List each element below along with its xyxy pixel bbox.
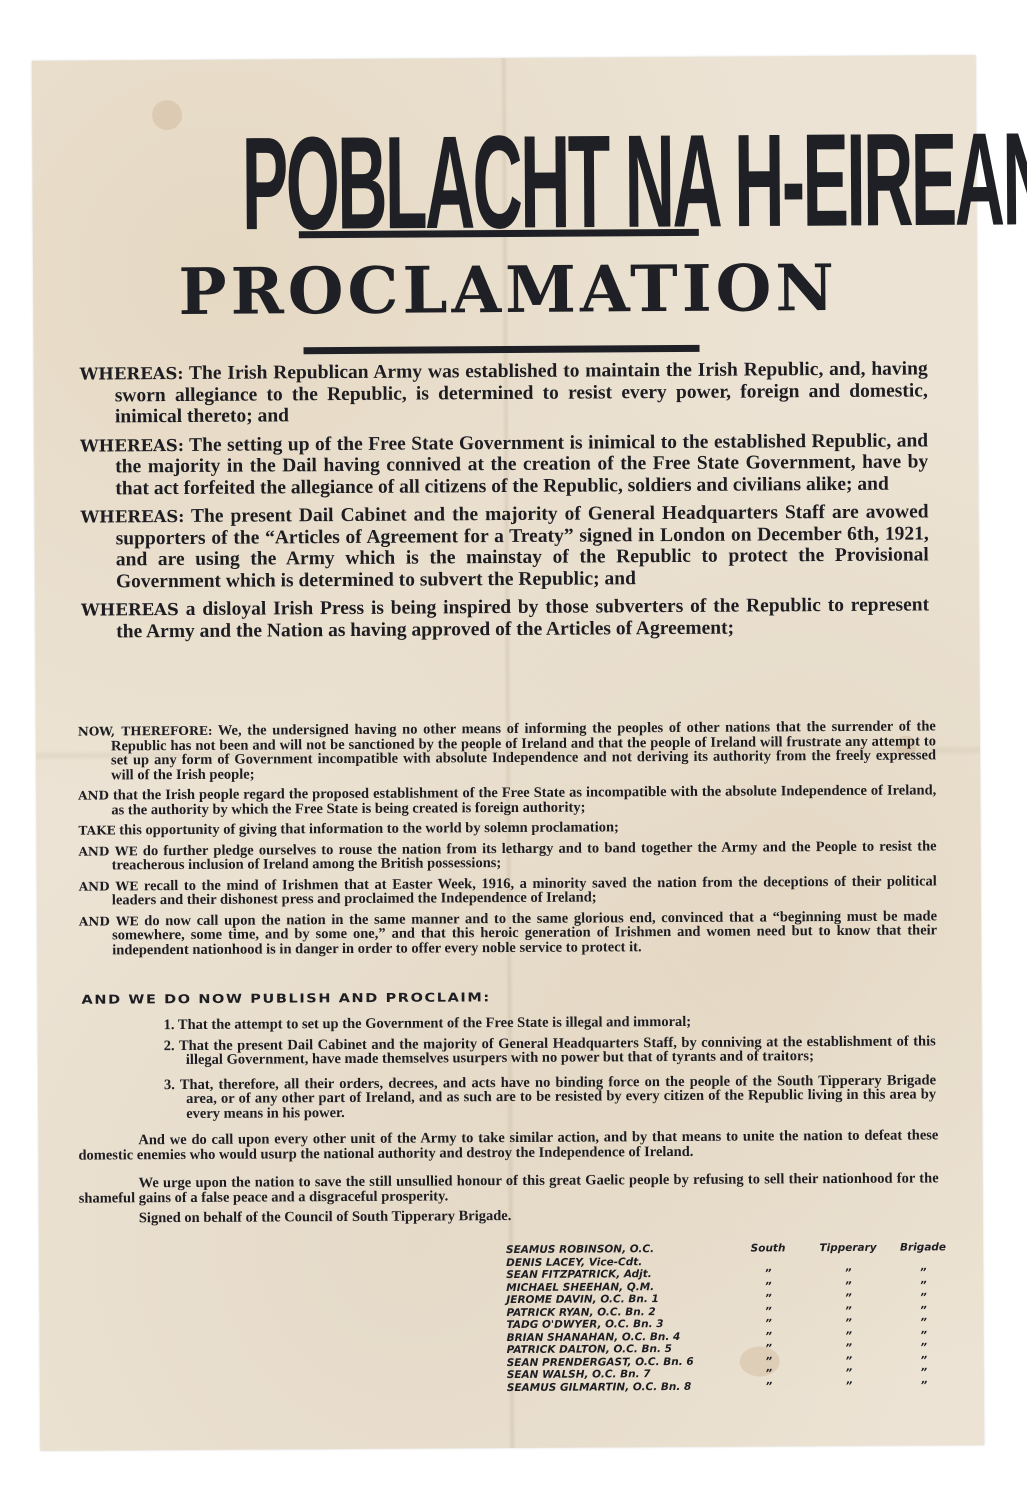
signatory-unit-col1	[728, 1255, 808, 1268]
resolution-keyword: AND WE	[79, 879, 139, 893]
closing-paragraph: We urge upon the nation to save the stil…	[79, 1171, 939, 1205]
signatory-unit-col2: ”	[808, 1267, 888, 1280]
signatory-unit-col2: ”	[808, 1317, 888, 1330]
whereas-clause: WHEREAS a disloyal Irish Press is being …	[81, 594, 929, 642]
closing-paragraph: And we do call upon every other unit of …	[78, 1128, 938, 1162]
signatory-unit-col2: ”	[808, 1304, 888, 1317]
signatory-unit-col2: ”	[809, 1354, 889, 1367]
signatory-row: SEAMUS GILMARTIN, O.C. Bn. 8 ” ” ”	[507, 1379, 967, 1394]
signatory-unit-col1: ”	[728, 1267, 808, 1280]
proclaim-heading: AND WE DO NOW PUBLISH AND PROCLAIM:	[81, 991, 490, 1007]
resolution-text: that the Irish people regard the propose…	[111, 782, 936, 818]
proclaim-item: 1. That the attempt to set up the Govern…	[138, 1013, 936, 1032]
proclaim-item: 2. That the present Dail Cabinet and the…	[138, 1034, 936, 1068]
signatory-unit-col1: ”	[729, 1380, 809, 1393]
signatory-unit-col3: ”	[888, 1266, 958, 1279]
signatory-unit-col3: ”	[889, 1329, 959, 1342]
whereas-clause: WHEREAS: The Irish Republican Army was e…	[80, 358, 928, 428]
item-number: 1.	[164, 1017, 175, 1033]
signatory-unit-col1: ”	[728, 1317, 808, 1330]
resolutions-section: NOW, THEREFORE: We, the undersigned havi…	[78, 719, 937, 957]
signatory-unit-col2	[808, 1254, 888, 1267]
whereas-keyword: WHEREAS:	[80, 507, 184, 527]
resolution-keyword: AND WE	[79, 914, 139, 928]
whereas-keyword: WHEREAS:	[80, 435, 184, 455]
signatory-name: SEAMUS GILMARTIN, O.C. Bn. 8	[507, 1380, 729, 1394]
resolution-paragraph: AND that the Irish people regard the pro…	[78, 783, 936, 817]
resolution-keyword: AND WE	[79, 844, 138, 858]
whereas-text: The Irish Republican Army was establishe…	[115, 358, 928, 427]
whereas-clause: WHEREAS: The setting up of the Free Stat…	[80, 430, 928, 500]
signatory-unit-col3: ”	[888, 1304, 958, 1317]
proclaim-item: 3. That, therefore, all their orders, de…	[138, 1073, 936, 1121]
resolution-keyword: AND	[78, 788, 109, 802]
resolution-keyword: NOW, THEREFORE:	[78, 724, 213, 739]
whereas-section: WHEREAS: The Irish Republican Army was e…	[80, 358, 930, 642]
signatory-unit-col3: ”	[889, 1366, 959, 1379]
signatory-unit-col1: ”	[728, 1292, 808, 1305]
signatory-unit-col1: ”	[729, 1330, 809, 1343]
signatories-list: SEAMUS ROBINSON, O.C. South Tipperary Br…	[506, 1241, 967, 1394]
proclaim-list: 1. That the attempt to set up the Govern…	[138, 1013, 937, 1121]
signatory-unit-col3	[888, 1254, 958, 1267]
signatory-unit-col3: ”	[888, 1291, 958, 1304]
item-text: That the present Dail Cabinet and the ma…	[179, 1033, 936, 1068]
item-number: 2.	[164, 1038, 175, 1054]
signatory-unit-col2: ”	[809, 1342, 889, 1355]
signatory-unit-col3: ”	[889, 1354, 959, 1367]
signatory-unit-col1: ”	[729, 1342, 809, 1355]
signatory-unit-col1: South	[728, 1242, 808, 1255]
item-text: That the attempt to set up the Governmen…	[178, 1014, 691, 1033]
signatory-unit-col2: ”	[809, 1379, 889, 1392]
signatory-unit-col2: ”	[809, 1367, 889, 1380]
whereas-text: The present Dail Cabinet and the majorit…	[116, 501, 929, 591]
closing-section: And we do call upon every other unit of …	[78, 1128, 939, 1226]
signatory-unit-col2: ”	[808, 1279, 888, 1292]
signatory-unit-col2: Tipperary	[808, 1242, 888, 1255]
resolution-keyword: TAKE	[78, 823, 115, 837]
resolution-paragraph: AND WE do now call upon the nation in th…	[79, 909, 937, 958]
signatory-unit-col3: ”	[888, 1316, 958, 1329]
resolution-text: do now call upon the nation in the same …	[112, 908, 937, 958]
title-divider-bottom	[304, 345, 700, 354]
signed-line: Signed on behalf of the Council of South…	[79, 1206, 939, 1226]
whereas-keyword: WHEREAS	[81, 600, 179, 620]
signatory-unit-col1: ”	[729, 1355, 809, 1368]
resolution-text: recall to the mind of Irishmen that at E…	[112, 873, 937, 909]
whereas-text: The setting up of the Free State Governm…	[115, 430, 928, 499]
resolution-text: We, the undersigned having no other mean…	[111, 718, 936, 783]
signatory-unit-col3: ”	[889, 1379, 959, 1392]
signatory-unit-col3: ”	[889, 1341, 959, 1354]
signatory-unit-col2: ”	[809, 1329, 889, 1342]
poster-title-english: PROCLAMATION	[93, 253, 923, 328]
whereas-keyword: WHEREAS:	[80, 364, 184, 384]
signatory-unit-col1: ”	[729, 1367, 809, 1380]
whereas-clause: WHEREAS: The present Dail Cabinet and th…	[80, 501, 929, 592]
resolution-text: do further pledge ourselves to rouse the…	[112, 838, 937, 874]
signatory-unit-col3: Brigade	[888, 1241, 958, 1254]
whereas-text: a disloyal Irish Press is being inspired…	[116, 594, 929, 641]
resolution-paragraph: TAKE this opportunity of giving that inf…	[78, 818, 936, 838]
resolution-text: this opportunity of giving that informat…	[119, 819, 619, 838]
signatory-unit-col1: ”	[728, 1305, 808, 1318]
item-number: 3.	[164, 1077, 175, 1093]
signatory-unit-col2: ”	[808, 1292, 888, 1305]
resolution-paragraph: AND WE do further pledge ourselves to ro…	[79, 839, 937, 873]
resolution-paragraph: AND WE recall to the mind of Irishmen th…	[79, 874, 937, 908]
resolution-paragraph: NOW, THEREFORE: We, the undersigned havi…	[78, 719, 936, 782]
proclamation-poster: POBLACHT NA H-EIREANN PROCLAMATION WHERE…	[32, 55, 984, 1451]
signatory-unit-col3: ”	[888, 1279, 958, 1292]
item-text: That, therefore, all their orders, decre…	[180, 1072, 936, 1122]
signatory-unit-col1: ”	[728, 1280, 808, 1293]
paper-stain	[152, 100, 182, 130]
